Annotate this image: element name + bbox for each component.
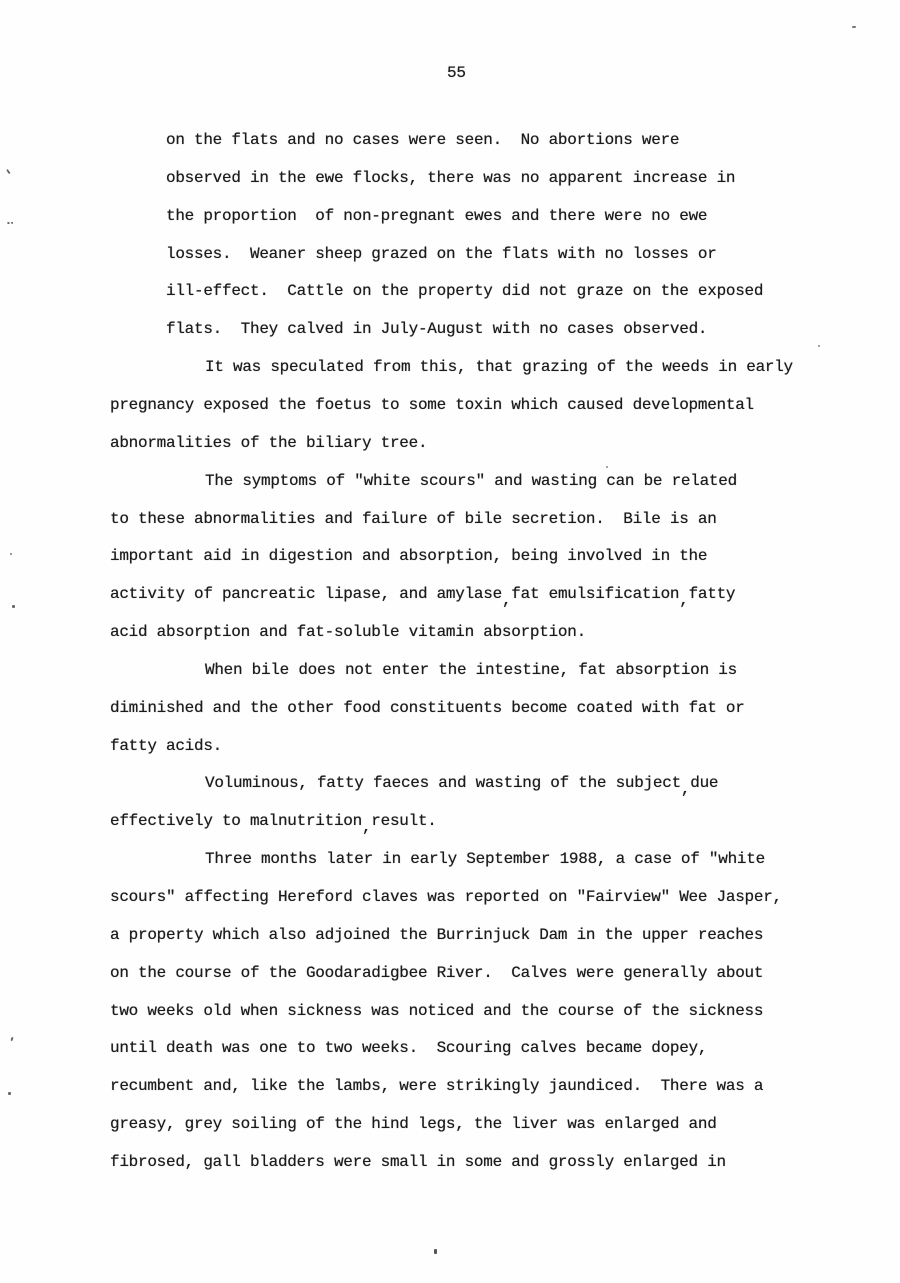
scan-speck bbox=[606, 466, 608, 468]
document-page: 55 on the flats and no cases were seen. … bbox=[0, 0, 900, 1283]
text-segment: Voluminous, fatty faeces and wasting of … bbox=[205, 774, 681, 792]
text-segment: activity of pancreatic lipase, and amyla… bbox=[110, 585, 502, 603]
page-number: 55 bbox=[447, 65, 466, 81]
text-line: Voluminous, fatty faeces and wasting of … bbox=[205, 775, 718, 791]
scan-speck bbox=[818, 345, 820, 347]
text-segment: When bile does not enter the intestine, … bbox=[205, 661, 737, 679]
text-segment: It was speculated from this, that grazin… bbox=[205, 358, 793, 376]
inserted-comma: , bbox=[679, 591, 688, 609]
text-segment: until death was one to two weeks. Scouri… bbox=[110, 1039, 707, 1057]
text-line: important aid in digestion and absorptio… bbox=[110, 548, 707, 564]
text-line: It was speculated from this, that grazin… bbox=[205, 359, 793, 375]
text-segment: diminished and the other food constituen… bbox=[110, 699, 745, 717]
text-segment: flats. They calved in July-August with n… bbox=[166, 320, 707, 338]
text-segment: abnormalities of the biliary tree. bbox=[110, 434, 427, 452]
scan-speck bbox=[434, 1249, 437, 1254]
text-line: ill-effect. Cattle on the property did n… bbox=[166, 283, 763, 299]
text-line: on the flats and no cases were seen. No … bbox=[166, 132, 679, 148]
text-segment: acid absorption and fat-soluble vitamin … bbox=[110, 623, 586, 641]
text-segment: recumbent and, like the lambs, were stri… bbox=[110, 1077, 763, 1095]
text-segment: important aid in digestion and absorptio… bbox=[110, 547, 707, 565]
scan-speck bbox=[10, 1037, 13, 1041]
text-segment: a property which also adjoined the Burri… bbox=[110, 926, 763, 944]
scan-speck bbox=[8, 1092, 11, 1095]
inserted-comma: , bbox=[362, 818, 371, 836]
text-line: activity of pancreatic lipase, and amyla… bbox=[110, 586, 735, 602]
text-line: flats. They calved in July-August with n… bbox=[166, 321, 707, 337]
text-segment: fat emulsification bbox=[511, 585, 679, 603]
text-segment: observed in the ewe flocks, there was no… bbox=[166, 169, 735, 187]
text-line: abnormalities of the biliary tree. bbox=[110, 435, 427, 451]
text-line: fatty acids. bbox=[110, 738, 222, 754]
text-line: a property which also adjoined the Burri… bbox=[110, 927, 763, 943]
text-segment: two weeks old when sickness was noticed … bbox=[110, 1002, 763, 1020]
text-line: acid absorption and fat-soluble vitamin … bbox=[110, 624, 586, 640]
text-line: losses. Weaner sheep grazed on the flats… bbox=[166, 246, 717, 262]
text-segment: Three months later in early September 19… bbox=[205, 850, 765, 868]
text-segment: ill-effect. Cattle on the property did n… bbox=[166, 282, 763, 300]
text-line: greasy, grey soiling of the hind legs, t… bbox=[110, 1116, 717, 1132]
inserted-comma: , bbox=[681, 780, 690, 798]
text-segment: fatty bbox=[689, 585, 736, 603]
text-line: on the course of the Goodaradigbee River… bbox=[110, 965, 763, 981]
text-line: the proportion of non-pregnant ewes and … bbox=[166, 208, 707, 224]
text-segment: pregnancy exposed the foetus to some tox… bbox=[110, 396, 754, 414]
text-segment: scours" affecting Hereford claves was re… bbox=[110, 888, 782, 906]
text-segment: effectively to malnutrition bbox=[110, 812, 362, 830]
text-segment: losses. Weaner sheep grazed on the flats… bbox=[166, 245, 717, 263]
scan-speck bbox=[6, 167, 14, 175]
text-line: to these abnormalities and failure of bi… bbox=[110, 511, 717, 527]
text-line: diminished and the other food constituen… bbox=[110, 700, 745, 716]
text-segment: on the flats and no cases were seen. No … bbox=[166, 131, 679, 149]
scan-speck bbox=[852, 26, 856, 28]
text-line: effectively to malnutrition,result. bbox=[110, 813, 437, 829]
text-line: observed in the ewe flocks, there was no… bbox=[166, 170, 735, 186]
text-line: The symptoms of "white scours" and wasti… bbox=[205, 473, 737, 489]
scan-speck bbox=[10, 553, 12, 555]
text-line: until death was one to two weeks. Scouri… bbox=[110, 1040, 707, 1056]
text-line: pregnancy exposed the foetus to some tox… bbox=[110, 397, 754, 413]
text-segment: result. bbox=[371, 812, 436, 830]
scan-speck bbox=[12, 605, 15, 608]
text-line: recumbent and, like the lambs, were stri… bbox=[110, 1078, 763, 1094]
inserted-comma: , bbox=[502, 591, 511, 609]
text-segment: due bbox=[690, 774, 718, 792]
scan-speck bbox=[7, 219, 13, 224]
text-line: fibrosed, gall bladders were small in so… bbox=[110, 1154, 726, 1170]
text-segment: fatty acids. bbox=[110, 737, 222, 755]
text-segment: to these abnormalities and failure of bi… bbox=[110, 510, 717, 528]
text-segment: the proportion of non-pregnant ewes and … bbox=[166, 207, 707, 225]
text-segment: greasy, grey soiling of the hind legs, t… bbox=[110, 1115, 717, 1133]
text-line: two weeks old when sickness was noticed … bbox=[110, 1003, 763, 1019]
text-line: When bile does not enter the intestine, … bbox=[205, 662, 737, 678]
text-segment: on the course of the Goodaradigbee River… bbox=[110, 964, 763, 982]
text-line: scours" affecting Hereford claves was re… bbox=[110, 889, 782, 905]
text-segment: The symptoms of "white scours" and wasti… bbox=[205, 472, 737, 490]
text-segment: fibrosed, gall bladders were small in so… bbox=[110, 1153, 726, 1171]
text-line: Three months later in early September 19… bbox=[205, 851, 765, 867]
